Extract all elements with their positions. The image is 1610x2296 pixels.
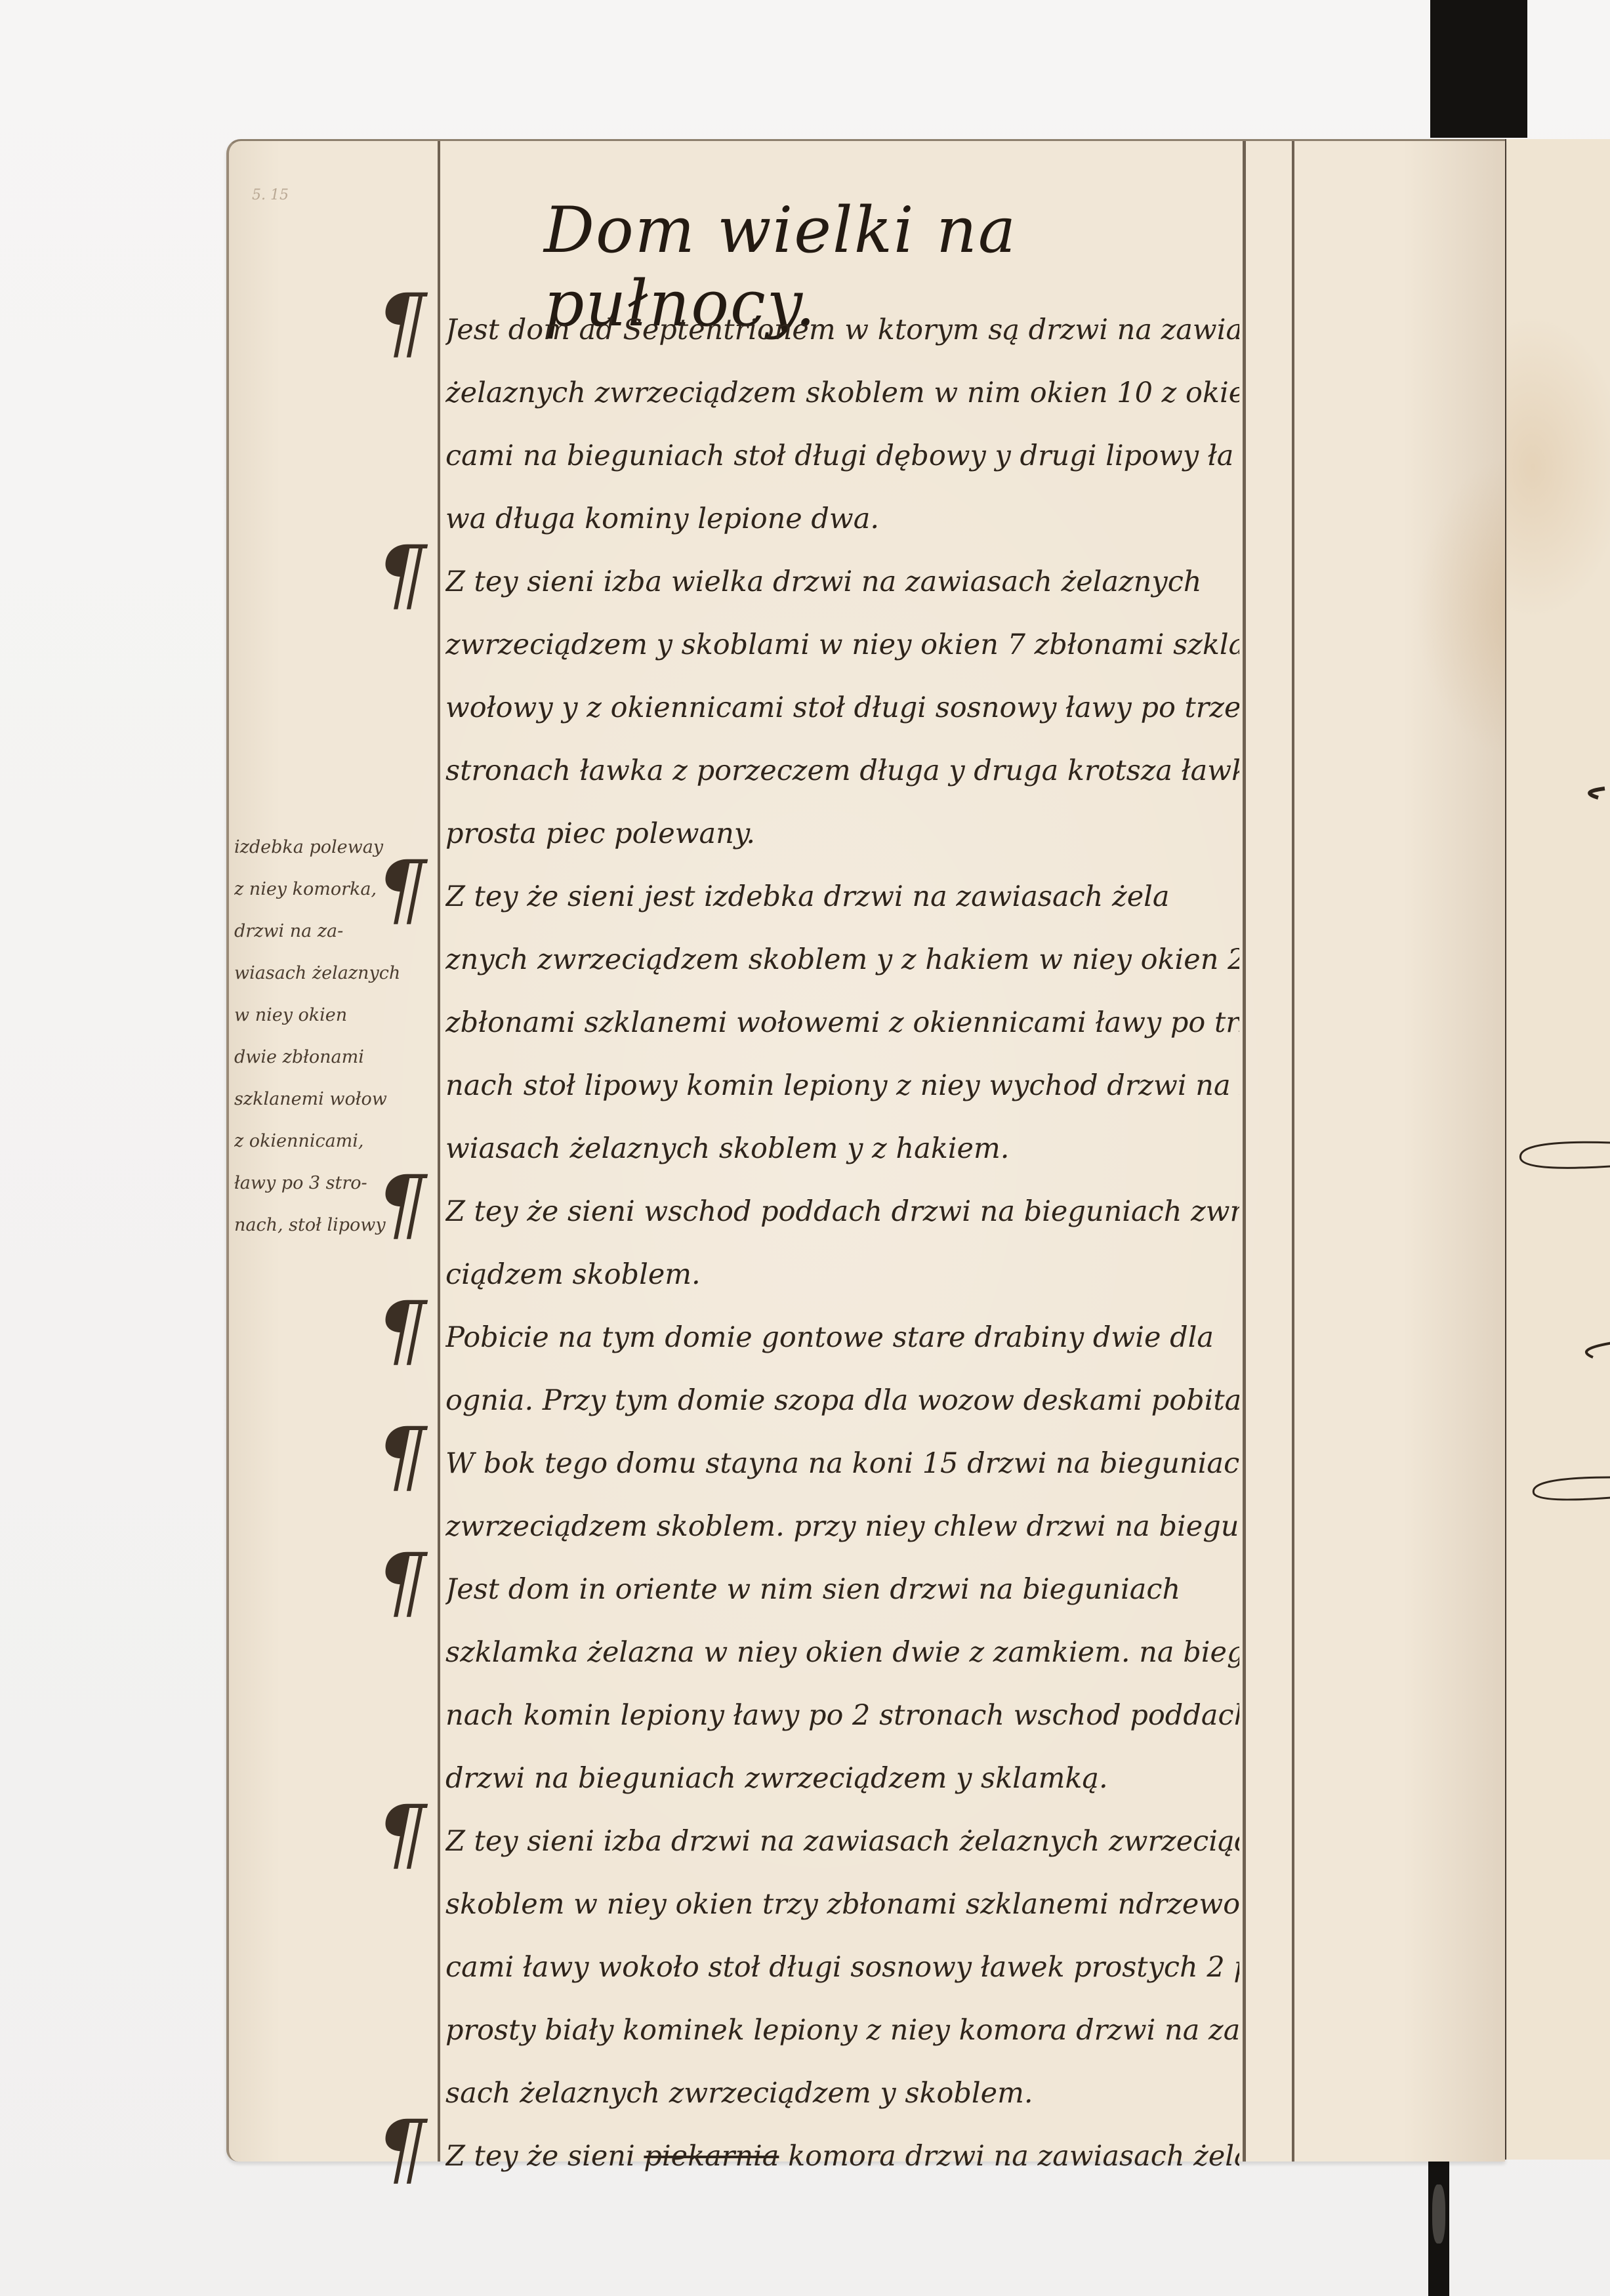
text-line: Z tey że sieni wschod poddach drzwi na b… xyxy=(445,1195,1239,1228)
paragraph: ¶Z tey że sieni piekarnia komora drzwi n… xyxy=(445,2125,1239,2188)
text-line: wołowy y z okiennicami stoł długi sosnow… xyxy=(445,676,1239,739)
text-line: nach komin lepiony ławy po 2 stronach ws… xyxy=(445,1684,1239,1747)
facing-page-ink-strokes-icon xyxy=(1506,139,1610,2160)
text-line: Pobicie na tym domie gontowe stare drabi… xyxy=(445,1321,1214,1354)
paragraph: ¶Pobicie na tym domie gontowe stare drab… xyxy=(445,1306,1239,1432)
marginal-note: izdebka poleway z niey komorka, drzwi na… xyxy=(234,827,434,1246)
text-line: Z tey sieni izba wielka drzwi na zawiasa… xyxy=(445,565,1201,598)
margin-line: z niey komorka, xyxy=(234,869,434,911)
text-line: szklamka żelazna w niey okien dwie z zam… xyxy=(445,1621,1239,1684)
text-line: W bok tego domu stayna na koni 15 drzwi … xyxy=(445,1447,1239,1480)
manuscript-page: 5. 15 Dom wielki na pułnocy. ¶Jest dom a… xyxy=(226,139,1505,2162)
text-line: prosty biały kominek lepiony z niey komo… xyxy=(445,1999,1239,2062)
paragraph: ¶Jest dom in oriente w nim sien drzwi na… xyxy=(445,1558,1239,1810)
bookmark-ribbon-bottom xyxy=(1428,2158,1449,2296)
text-line: drzwi na bieguniach zwrzeciądzem y sklam… xyxy=(445,1747,1239,1810)
text-line: zbłonami szklanemi wołowemi z okiennicam… xyxy=(445,991,1239,1054)
margin-line: dwie zbłonami xyxy=(234,1036,434,1078)
left-margin-rule xyxy=(438,141,440,2162)
text-line: żelaznych zwrzeciądzem skoblem w nim oki… xyxy=(445,361,1239,424)
text-segment: komora drzwi na zawiasach żelaznych xyxy=(779,2140,1239,2173)
text-line: Z tey sieni izba drzwi na zawiasach żela… xyxy=(445,1825,1239,1858)
right-margin-rule-inner xyxy=(1243,141,1246,2162)
text-segment: Z tey że sieni xyxy=(445,2140,644,2173)
paragraph: ¶Z tey sieni izba wielka drzwi na zawias… xyxy=(445,550,1239,865)
text-line: Z tey że sieni jest izdebka drzwi na zaw… xyxy=(445,880,1170,913)
text-line: cami na bieguniach stoł długi dębowy y d… xyxy=(445,424,1239,487)
text-line: prosta piec polewany. xyxy=(445,802,1239,865)
text-line: cami ławy wokoło stoł długi sosnowy ławe… xyxy=(445,1936,1239,1999)
paragraph: ¶Z tey że sieni wschod poddach drzwi na … xyxy=(445,1180,1239,1306)
text-line: nach stoł lipowy komin lepiony z niey wy… xyxy=(445,1054,1239,1117)
paragraph: ¶W bok tego domu stayna na koni 15 drzwi… xyxy=(445,1432,1239,1558)
text-line: zwrzeciądzem y skoblami w niey okien 7 z… xyxy=(445,613,1239,676)
margin-line: wiasach żelaznych xyxy=(234,953,434,994)
paragraph: ¶Z tey że sieni jest izdebka drzwi na za… xyxy=(445,865,1239,1180)
margin-line: szklanemi wołow xyxy=(234,1078,434,1120)
text-line: stronach ławka z porzeczem długa y druga… xyxy=(445,739,1239,802)
margin-line: nach, stoł lipowy xyxy=(234,1204,434,1246)
text-line: ognia. Przy tym domie szopa dla wozow de… xyxy=(445,1369,1239,1432)
margin-line: drzwi na za- xyxy=(234,911,434,953)
margin-line: z okiennicami, xyxy=(234,1120,434,1162)
main-text-block: ¶Jest dom ad Septentrionem w ktorym są d… xyxy=(445,298,1239,2188)
text-line: Jest dom in oriente w nim sien drzwi na … xyxy=(445,1573,1180,1606)
margin-line: izdebka poleway xyxy=(234,827,434,869)
folio-mark: 5. 15 xyxy=(252,187,289,203)
text-line: wa długa kominy lepione dwa. xyxy=(445,487,1239,550)
text-line: zwrzeciądzem skoblem. przy niey chlew dr… xyxy=(445,1495,1239,1558)
text-line: skoblem w niey okien trzy zbłonami szkla… xyxy=(445,1873,1239,1936)
text-line: wiasach żelaznych skoblem y z hakiem. xyxy=(445,1117,1239,1180)
margin-line: w niey okien xyxy=(234,994,434,1036)
facing-page-edge xyxy=(1504,139,1610,2160)
margin-line: ławy po 3 stro- xyxy=(234,1162,434,1204)
text-line: znych zwrzeciądzem skoblem y z hakiem w … xyxy=(445,928,1239,991)
paragraph: ¶Jest dom ad Septentrionem w ktorym są d… xyxy=(445,298,1239,550)
text-line: Jest dom ad Septentrionem w ktorym są dr… xyxy=(445,314,1239,346)
text-line: ciądzem skoblem. xyxy=(445,1243,1239,1306)
right-margin-rule-outer xyxy=(1292,141,1294,2162)
bookmark-ribbon-top xyxy=(1430,0,1527,138)
struck-word: piekarnia xyxy=(644,2140,779,2173)
text-line: sach żelaznych zwrzeciądzem y skoblem. xyxy=(445,2062,1239,2125)
paragraph: ¶Z tey sieni izba drzwi na zawiasach żel… xyxy=(445,1810,1239,2125)
